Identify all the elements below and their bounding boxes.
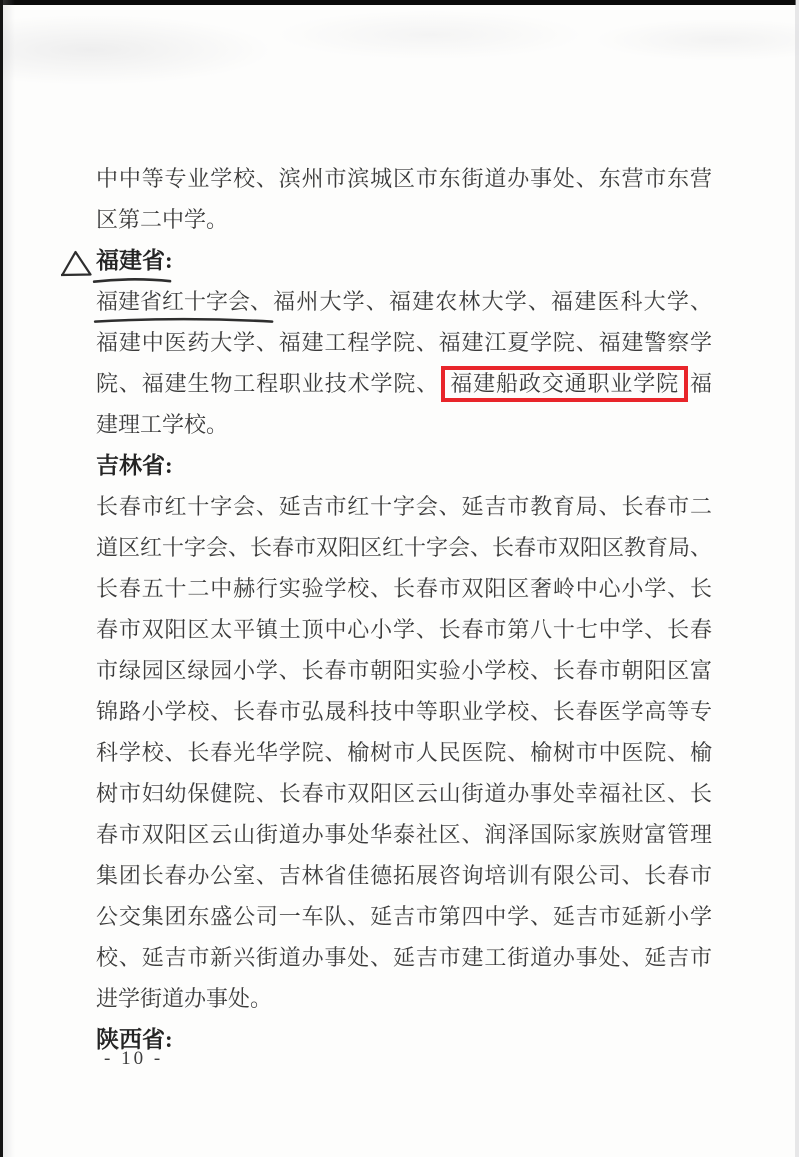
- text-line-jilin-3: 长春五十二中赫行实验学校、长春市双阳区奢岭中心小学、长: [96, 568, 712, 609]
- text-line-jilin-8: 树市妇幼保健院、长春市双阳区云山街道办事处幸福社区、长: [96, 773, 712, 814]
- text-line-intro-1: 中中等专业学校、滨州市滨城区市东街道办事处、东营市东营: [96, 158, 712, 199]
- text-line-jilin-10: 集团长春办公室、吉林省佳德拓展咨询培训有限公司、长春市: [96, 855, 712, 896]
- text-line-fujian-3: 院、福建生物工程职业技术学院、福建船政交通职业学院福: [96, 363, 712, 404]
- scan-edge-left: [0, 0, 3, 1157]
- org-name-text: 福建省红十字会、: [96, 289, 272, 314]
- highlighted-org-name: 福建船政交通职业学院: [441, 366, 688, 402]
- pen-underline-icon: [93, 315, 274, 326]
- triangle-mark-icon: [59, 249, 93, 279]
- fujian-heading-underlined: 福建省:: [96, 240, 173, 281]
- text-line-fujian-1: 福建省红十字会、 福州大学、福建农林大学、福建医科大学、: [96, 281, 712, 322]
- text-line-fujian-2: 福建中医药大学、福建工程学院、福建江夏学院、福建警察学: [96, 322, 712, 363]
- text-line-jilin-9: 春市双阳区云山街道办事处华泰社区、润泽国际家族财富管理: [96, 814, 712, 855]
- text-line-jilin-13: 进学街道办事处。: [96, 978, 712, 1019]
- text-line-intro-2: 区第二中学。: [96, 199, 712, 240]
- scan-shadow-right: [795, 0, 799, 1157]
- text-segment: 福州大学、福建农林大学、福建医科大学、: [272, 289, 712, 314]
- text-segment: 院、福建生物工程职业技术学院、: [96, 371, 439, 396]
- text-line-jilin-5: 市绿园区绿园小学、长春市朝阳实验小学校、长春市朝阳区富: [96, 650, 712, 691]
- document-body: 中中等专业学校、滨州市滨城区市东街道办事处、东营市东营 区第二中学。 福建省: …: [96, 158, 712, 1060]
- text-line-jilin-6: 锦路小学校、长春市弘晟科技中等职业学校、长春医学高等专: [96, 691, 712, 732]
- scan-shadow-left: [3, 0, 15, 1157]
- page-number: - 10 -: [104, 1046, 163, 1072]
- text-line-fujian-4: 建理工学校。: [96, 404, 712, 445]
- text-line-jilin-11: 公交集团东盛公司一车队、延吉市第四中学、延吉市延新小学: [96, 896, 712, 937]
- heading-text: 福建省:: [96, 248, 173, 273]
- text-line-jilin-4: 春市双阳区太平镇土顶中心小学、长春市第八十七中学、长春: [96, 609, 712, 650]
- section-heading-fujian: 福建省:: [96, 240, 712, 281]
- underlined-org-name: 福建省红十字会、: [96, 281, 272, 322]
- text-line-jilin-7: 科学校、长春光华学院、榆树市人民医院、榆树市中医院、榆: [96, 732, 712, 773]
- text-line-jilin-2: 道区红十字会、长春市双阳区红十字会、长春市双阳区教育局、: [96, 527, 712, 568]
- scan-edge-top: [0, 0, 796, 5]
- text-line-jilin-12: 校、延吉市新兴街道办事处、延吉市建工街道办事处、延吉市: [96, 937, 712, 978]
- section-heading-jilin: 吉林省:: [96, 445, 712, 486]
- text-segment: 福: [690, 371, 712, 396]
- text-line-jilin-1: 长春市红十字会、延吉市红十字会、延吉市教育局、长春市二: [96, 486, 712, 527]
- section-heading-shaanxi: 陕西省:: [96, 1019, 712, 1060]
